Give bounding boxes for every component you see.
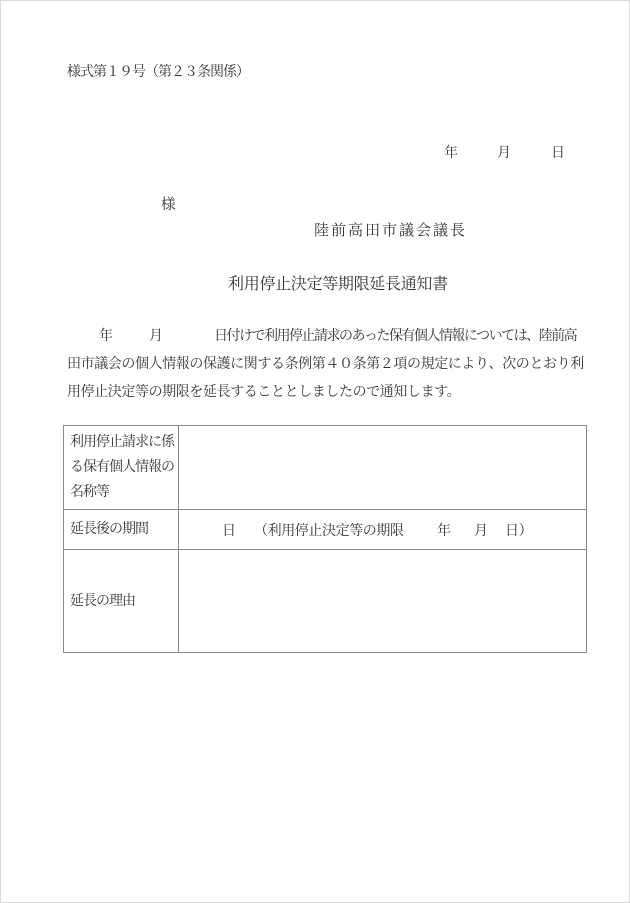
field-label-extended-period: 延長後の期間 xyxy=(64,510,179,550)
issue-date-month-label: 月 xyxy=(497,145,511,162)
field-value-extension-reason xyxy=(179,550,587,653)
extended-period-day-label: 日） xyxy=(505,520,532,540)
field-value-held-info-name xyxy=(179,426,587,510)
issue-date-day-label: 日 xyxy=(551,145,565,162)
body-line1-year-label: 年 xyxy=(99,328,113,345)
body-line2-text: 田市議会の個人情報の保護に関する条例第４０条第２項の規定により、次のとおり利 xyxy=(67,356,584,373)
document-page: 様式第１９号（第２３条関係） 年 月 日 様 陸前高田市議会議長 利用停止決定等… xyxy=(0,0,630,903)
notification-table: 利用停止請求に係 る保有個人情報の 名称等 延長後の期間 日 （利用停止決定等の… xyxy=(63,425,587,653)
form-number: 様式第１９号（第２３条関係） xyxy=(67,64,249,81)
body-line1-text: 日付けで利用停止請求のあった保有個人情報については、陸前高 xyxy=(214,328,576,345)
field-label-extension-reason: 延長の理由 xyxy=(64,550,179,653)
extended-period-deadline-clause: （利用停止決定等の期限 xyxy=(254,520,404,540)
document-title: 利用停止決定等期限延長通知書 xyxy=(228,274,448,293)
body-line3-text: 用停止決定等の期限を延長することとしましたので通知します。 xyxy=(67,384,460,401)
extended-period-year-label: 年 xyxy=(437,520,451,540)
sender-title: 陸前高田市議会議長 xyxy=(314,221,467,239)
field-value-extended-period: 日 （利用停止決定等の期限 年 月 日） xyxy=(179,510,587,550)
addressee-honorific: 様 xyxy=(161,197,176,214)
table-row-held-info-name: 利用停止請求に係 る保有個人情報の 名称等 xyxy=(64,426,587,510)
extended-period-days-label: 日 xyxy=(222,520,236,540)
field-label-held-info-name: 利用停止請求に係 る保有個人情報の 名称等 xyxy=(64,426,179,510)
table-row-extension-reason: 延長の理由 xyxy=(64,550,587,653)
table-row-extended-period: 延長後の期間 日 （利用停止決定等の期限 年 月 日） xyxy=(64,510,587,550)
extended-period-month-label: 月 xyxy=(474,520,488,540)
body-line1-month-label: 月 xyxy=(149,328,163,345)
issue-date-year-label: 年 xyxy=(444,145,458,162)
